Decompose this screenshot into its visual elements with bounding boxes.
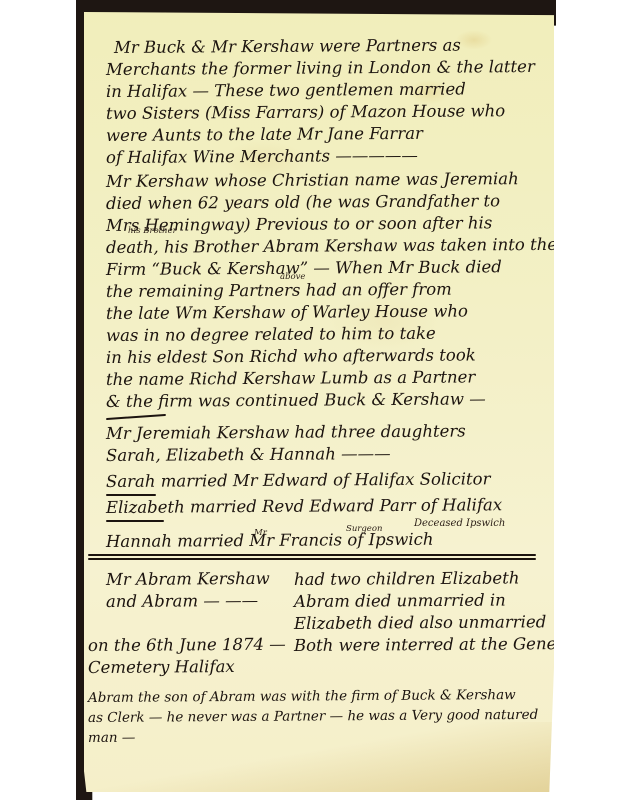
section1-line-4: two Sisters (Miss Farrars) of Mazon Hous… <box>106 101 505 124</box>
section2-line-6: the remaining Partners had an offer from <box>106 280 452 302</box>
section3-line-3: Sarah married Mr Edward of Halifax Solic… <box>106 469 491 492</box>
section4-left-line-5: Cemetery Halifax <box>88 657 235 678</box>
section1-line-3: in Halifax — These two gentlemen married <box>106 79 466 102</box>
section5-line-3: man — <box>88 728 135 748</box>
section1-line-2: Merchants the former living in London & … <box>106 57 535 80</box>
section5-line-2: as Clerk — he never was a Partner — he w… <box>88 705 538 728</box>
section4-right-line-3: Elizabeth died also unmarried <box>294 612 546 634</box>
double-rule-bottom <box>88 558 536 560</box>
section2-line-1: Mr Kershaw whose Christian name was Jere… <box>106 169 519 192</box>
manuscript-page: Mr Buck & Mr Kershaw were Partners as Me… <box>84 12 554 792</box>
underline-sarah <box>106 494 156 496</box>
section4-left-line-1: Mr Abram Kershaw <box>106 569 270 590</box>
insertion-deceased-ipswich: Deceased Ipswich <box>414 518 505 529</box>
section2-line-7: the late Wm Kershaw of Warley House who <box>106 301 468 324</box>
section3-line-1: Mr Jeremiah Kershaw had three daughters <box>106 421 466 444</box>
rule-above-hannah <box>106 520 164 522</box>
section4-left-line-2: and Abram — —— <box>106 591 258 612</box>
section4-right-line-1: had two children Elizabeth <box>294 568 520 590</box>
section2-line-11: & the firm was continued Buck & Kershaw … <box>106 389 486 412</box>
section3-line-5: Hannah married Mr Francis of Ipswich <box>106 530 434 552</box>
section3-line-2: Sarah, Elizabeth & Hannah ——— <box>106 444 391 466</box>
section2-line-2: died when 62 years old (he was Grandfath… <box>106 191 500 214</box>
section1-line-6: of Halifax Wine Merchants ————— <box>106 146 418 168</box>
section4-right-line-2: Abram died unmarried in <box>294 591 506 612</box>
insertion-his-brother: his Brother <box>128 226 177 236</box>
section2-line-8: was in no degree related to him to take <box>106 324 436 346</box>
section3-line-4: Elizabeth married Revd Edward Parr of Ha… <box>106 495 502 518</box>
section1-line-1: Mr Buck & Mr Kershaw were Partners as <box>114 36 461 58</box>
paper-fold-shading <box>84 722 554 792</box>
section4-right-line-4: Both were interred at the General <box>294 634 579 656</box>
section2-line-4: death, his Brother Abram Kershaw was tak… <box>106 235 557 258</box>
section2-line-10: the name Richd Kershaw Lumb as a Partner <box>106 367 475 390</box>
scan-canvas: Mr Buck & Mr Kershaw were Partners as Me… <box>0 0 618 800</box>
section2-line-9: in his eldest Son Richd who afterwards t… <box>106 345 476 368</box>
double-rule-top <box>88 554 536 556</box>
flourish-rule <box>106 414 166 420</box>
section4-left-line-4: on the 6th June 1874 — <box>88 635 286 656</box>
section1-line-5: were Aunts to the late Mr Jane Farrar <box>106 124 423 146</box>
